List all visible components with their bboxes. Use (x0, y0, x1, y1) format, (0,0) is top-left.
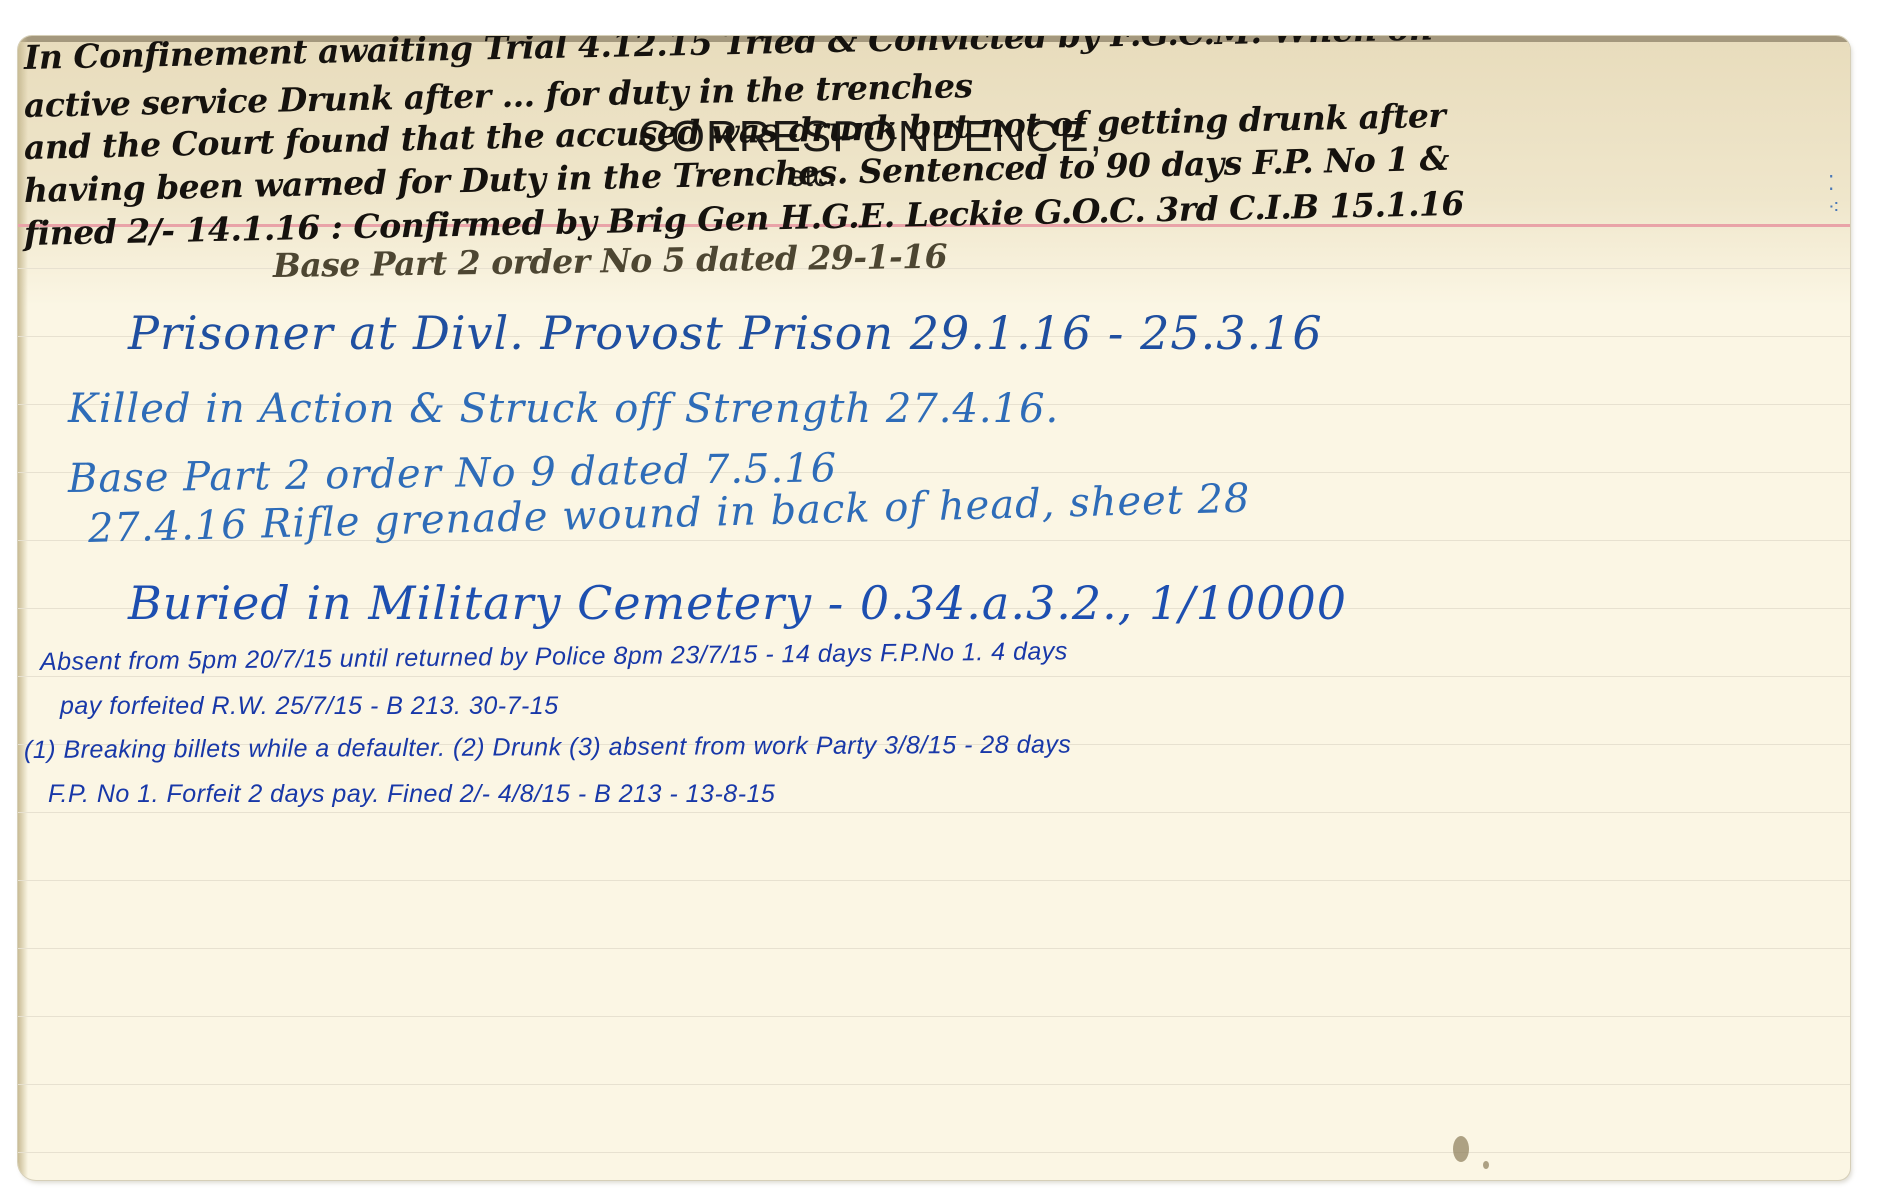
service-record-card: CORRESPONDENCE, etc. In Confinement awai… (18, 36, 1850, 1180)
dark-blue-line-2: pay forfeited R.W. 25/7/15 - B 213. 30-7… (60, 692, 559, 721)
blue-ink-line-killed: Killed in Action & Struck off Strength 2… (68, 386, 1059, 432)
ruled-line (18, 1152, 1850, 1153)
ink-spatter: ⁚ ⁖ (1828, 171, 1850, 219)
ruled-line (18, 1084, 1850, 1085)
blue-ink-line-prisoner: Prisoner at Divl. Provost Prison 29.1.16… (128, 306, 1323, 360)
dark-blue-line-1: Absent from 5pm 20/7/15 until returned b… (40, 637, 1068, 677)
dark-blue-line-3: (1) Breaking billets while a defaulter. … (24, 731, 1072, 765)
ruled-line (18, 948, 1850, 949)
paper-stain (1483, 1161, 1489, 1169)
ruled-line (18, 812, 1850, 813)
ruled-line (18, 1016, 1850, 1017)
ruled-line (18, 880, 1850, 881)
ruled-line (18, 676, 1850, 677)
paper-stain (1453, 1136, 1469, 1162)
dark-blue-line-4: F.P. No 1. Forfeit 2 days pay. Fined 2/-… (48, 780, 775, 809)
blue-ink-line-buried: Buried in Military Cemetery - 0.34.a.3.2… (128, 576, 1347, 630)
